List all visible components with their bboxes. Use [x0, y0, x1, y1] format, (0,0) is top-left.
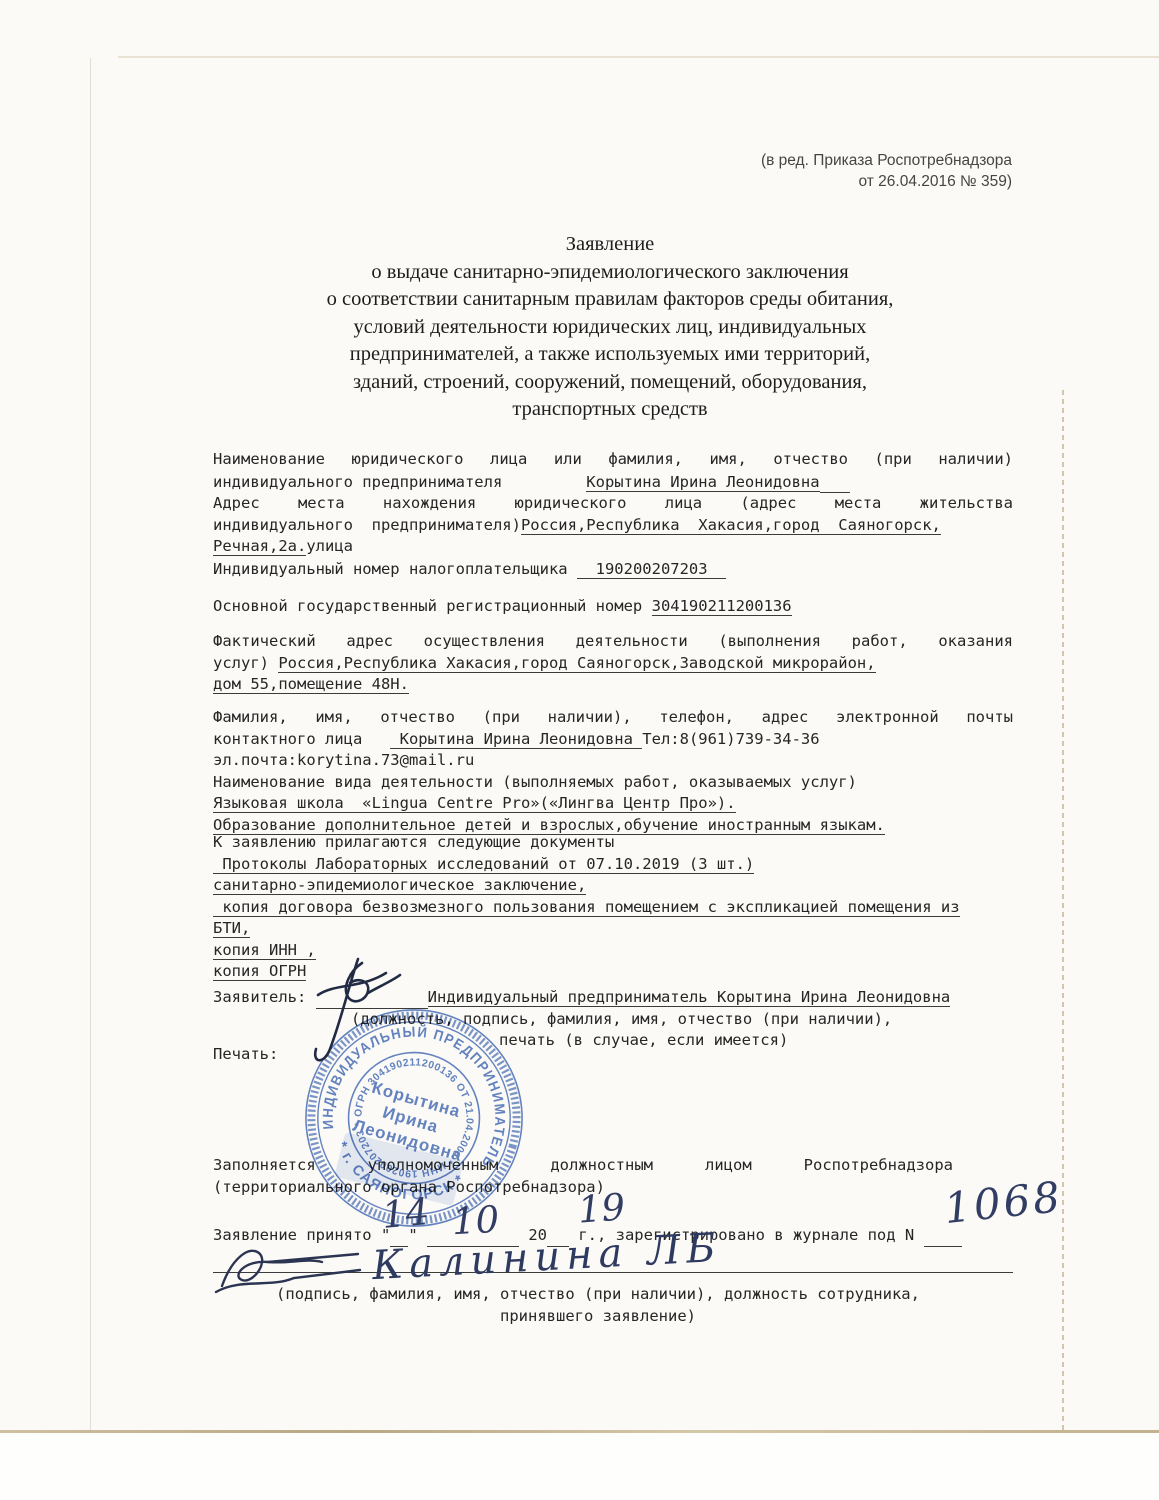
form-text: индивидуального предпринимателя	[213, 473, 502, 491]
filled-value: санитарно-эпидемиологическое заключение,	[213, 876, 586, 895]
filled-value: Речная,2а.	[213, 537, 306, 556]
paper-top-edge	[118, 56, 1159, 58]
filled-value: Протоколы Лабораторных исследований от 0…	[213, 855, 754, 874]
form-line: индивидуального предпринимателя Корытина…	[213, 471, 1013, 494]
form-text: Наименование вида деятельности (выполняе…	[213, 773, 857, 791]
text-line: предпринимателей, а также используемых и…	[150, 341, 1070, 369]
filled-value: Россия,Республика Хакасия,город Саяногор…	[278, 654, 875, 673]
filled-value: БТИ,	[213, 919, 250, 938]
form-text: Печать:	[213, 1045, 278, 1063]
form-line: Индивидуальный номер налогоплательщика 1…	[213, 559, 1013, 581]
filled-value: Языковая школа «Lingua Centre Pro»(«Линг…	[213, 794, 736, 813]
text-line: о выдаче санитарно-эпидемиологического з…	[150, 259, 1070, 287]
form-text: Наименование юридического лица или фамил…	[213, 450, 1013, 468]
form-line: Наименование вида деятельности (выполняе…	[213, 772, 1013, 794]
form-text: Основной государственный регистрационный…	[213, 597, 652, 615]
filled-value: Корытина Ирина Леонидовна	[390, 730, 642, 749]
filled-value: 190200207203	[577, 560, 726, 579]
activity-address-section: Фактический адрес осуществления деятельн…	[213, 631, 1013, 696]
form-line: принявшего заявление)	[213, 1306, 983, 1328]
form-line: БТИ,	[213, 918, 1013, 940]
document-title: Заявлениео выдаче санитарно-эпидемиологи…	[150, 231, 1070, 424]
form-line: копия договора безвозмезного пользования…	[213, 897, 1013, 919]
text-line: о соответствии санитарным правилам факто…	[150, 286, 1070, 314]
applicant-signature	[300, 953, 410, 1073]
text-line: условий деятельности юридических лиц, ин…	[150, 314, 1070, 342]
form-text: Адрес места нахождения юридического лица…	[213, 494, 1013, 512]
filled-value: копия ОГРН	[213, 962, 306, 981]
inn-section: Индивидуальный номер налогоплательщика 1…	[213, 559, 1013, 581]
paper-bottom-edge	[0, 1430, 1159, 1433]
form-line: контактного лица Корытина Ирина Леонидов…	[213, 729, 1013, 751]
blank-field	[820, 471, 850, 494]
filled-value: Индивидуальный предприниматель Корытина …	[428, 988, 951, 1007]
ogrn-section: Основной государственный регистрационный…	[213, 596, 1013, 618]
form-line: эл.почта:korytina.73@mail.ru	[213, 750, 1013, 772]
form-text: Индивидуальный номер налогоплательщика	[213, 560, 577, 578]
contact-section: Фамилия, имя, отчество (при наличии), те…	[213, 707, 1013, 836]
filled-value: Россия,Республика Хакасия,город Саяногор…	[521, 516, 941, 535]
filled-value: дом 55,помещение 48Н.	[213, 675, 409, 694]
form-line: дом 55,помещение 48Н.	[213, 674, 1013, 696]
form-text: Фамилия, имя, отчество (при наличии), те…	[213, 708, 1013, 726]
form-text: контактного лица	[213, 730, 390, 748]
form-line: санитарно-эпидемиологическое заключение,	[213, 875, 1013, 897]
perforation-edge	[1062, 390, 1064, 1432]
text-line: (в ред. Приказа Роспотребнадзора	[700, 150, 1012, 171]
form-text: Тел:8(961)739-34-36	[642, 730, 819, 748]
form-text: услуг)	[213, 654, 278, 672]
form-text: Фактический адрес осуществления деятельн…	[213, 632, 1013, 650]
text-line: от 26.04.2016 № 359)	[700, 171, 1012, 192]
text-line: Заявление	[150, 231, 1070, 259]
form-text: К заявлению прилагаются следующие докуме…	[213, 833, 614, 851]
form-line: услуг) Россия,Республика Хакасия,город С…	[213, 653, 1013, 675]
form-text	[502, 472, 586, 494]
form-line: Наименование юридического лица или фамил…	[213, 449, 1013, 471]
filled-value: 304190211200136	[652, 597, 792, 616]
filled-value: Корытина Ирина Леонидовна	[586, 473, 819, 492]
form-line: Речная,2а.улица	[213, 536, 1013, 558]
form-line: К заявлению прилагаются следующие докуме…	[213, 832, 1013, 854]
scanner-background	[0, 1433, 1159, 1500]
form-line: Фактический адрес осуществления деятельн…	[213, 631, 1013, 653]
handwritten-day: 14	[380, 1190, 431, 1237]
form-line: Протоколы Лабораторных исследований от 0…	[213, 854, 1013, 876]
paper-left-edge	[90, 58, 91, 1432]
applicant-name-section: Наименование юридического лица или фамил…	[213, 449, 1013, 558]
form-line: Фамилия, имя, отчество (при наличии), те…	[213, 707, 1013, 729]
text-line: транспортных средств	[150, 396, 1070, 424]
form-text: индивидуального предпринимателя)	[213, 516, 521, 534]
form-text: эл.почта:korytina.73@mail.ru	[213, 751, 474, 769]
handwritten-year: 19	[577, 1185, 627, 1231]
form-text: принявшего заявление)	[500, 1307, 696, 1325]
scanned-application-page: (в ред. Приказа Роспотребнадзораот 26.04…	[0, 0, 1159, 1500]
form-text: улица	[306, 537, 353, 555]
edition-note: (в ред. Приказа Роспотребнадзораот 26.04…	[700, 150, 1012, 192]
form-line: Адрес места нахождения юридического лица…	[213, 493, 1013, 515]
form-line: Основной государственный регистрационный…	[213, 596, 1013, 618]
clerk-signature	[210, 1236, 385, 1301]
text-line: зданий, строений, сооружений, помещений,…	[150, 369, 1070, 397]
form-line: индивидуального предпринимателя)Россия,Р…	[213, 515, 1013, 537]
form-line: Языковая школа «Lingua Centre Pro»(«Линг…	[213, 793, 1013, 815]
filled-value: копия договора безвозмезного пользования…	[213, 898, 960, 917]
